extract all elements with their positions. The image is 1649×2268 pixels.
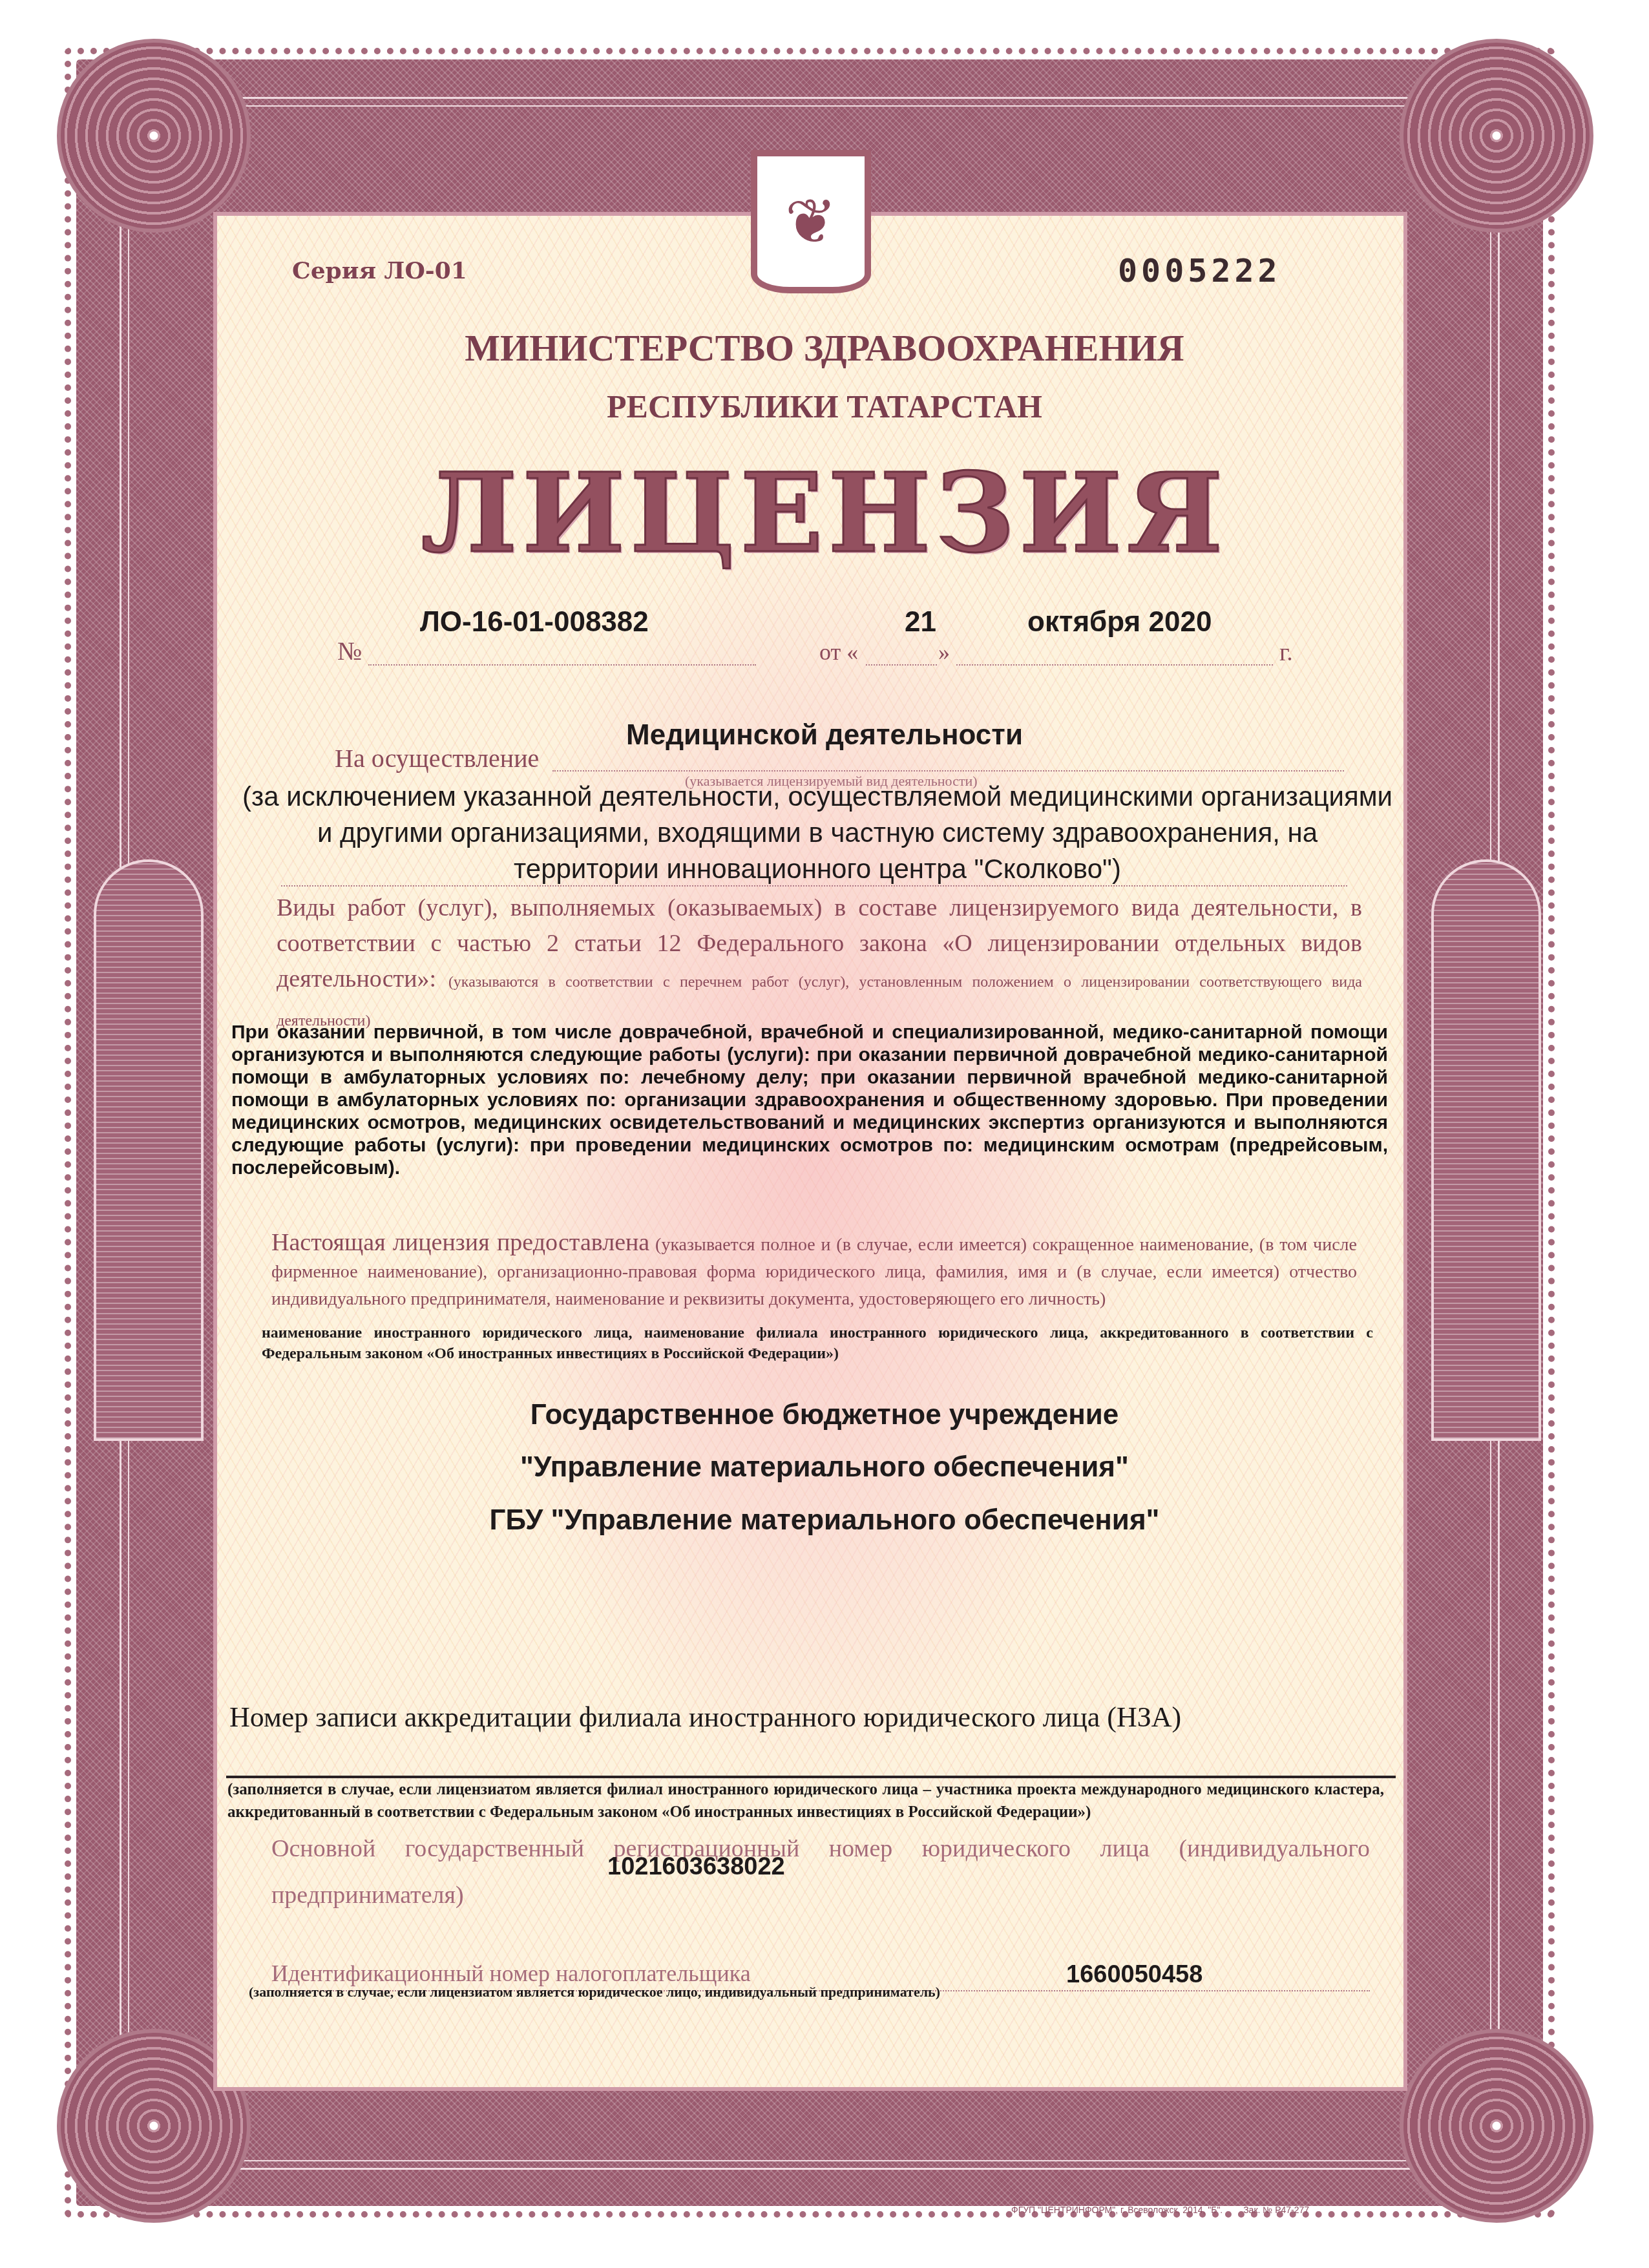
number-underline [368, 664, 756, 666]
activity-extension-line: (за исключением указанной деятельности, … [229, 779, 1405, 815]
license-number: ЛО-16-01-008382 [420, 606, 649, 638]
license-day: 21 [905, 606, 936, 638]
licensee-org-short-name: ГБУ "Управление материального обеспечени… [0, 1504, 1649, 1537]
licensee-label-text: Настоящая лицензия предоставлена [271, 1229, 649, 1256]
works-list: При оказании первичной, в том числе довр… [231, 1021, 1388, 1179]
series-label: Серия ЛО-01 [292, 257, 467, 284]
date-from-label: от « [819, 638, 858, 666]
inn-label: Идентификационный номер налогоплательщик… [271, 1960, 751, 1987]
activity-label: На осуществление [335, 743, 539, 773]
printer-imprint: ФГУП "ЦЕНТРИНФОРМ", г. Всеволожск, 2014,… [1011, 2205, 1309, 2215]
ogrn-label: Основной государственный регистрационный… [271, 1825, 1370, 1918]
document-title: ЛИЦЕНЗИЯ [0, 449, 1649, 577]
printer-order-number: Зак. № Р47-277 [1243, 2205, 1309, 2215]
licensee-org-type: Государственное бюджетное учреждение [0, 1399, 1649, 1431]
inn-value: 1660050458 [1066, 1961, 1203, 1989]
activity-underline-2 [281, 885, 1347, 887]
number-sign: № [337, 636, 362, 666]
rosette-icon [1400, 39, 1593, 233]
date-close-quote: » [938, 638, 950, 666]
nza-label: Номер записи аккредитации филиала иностр… [229, 1701, 1181, 1734]
ogrn-value: 1021603638022 [607, 1853, 785, 1881]
left-ornament-panel [94, 859, 204, 1441]
nza-note: (заполняется в случае, если лицензиатом … [227, 1778, 1384, 1823]
activity-extension-line: и другими организациями, входящими в час… [229, 815, 1405, 851]
activity-extension: (за исключением указанной деятельности, … [229, 779, 1405, 887]
day-underline [866, 664, 937, 666]
rosette-icon [1400, 2029, 1593, 2223]
coat-of-arms-icon: ❦ [751, 150, 871, 293]
activity-underline [552, 770, 1344, 772]
licensee-label: Настоящая лицензия предоставлена (указыв… [271, 1229, 1357, 1313]
printer-name: ФГУП "ЦЕНТРИНФОРМ", г. Всеволожск, 2014,… [1011, 2205, 1223, 2215]
licensed-activity: Медицинской деятельности [0, 719, 1649, 751]
year-suffix: г. [1279, 638, 1293, 667]
license-month-year: октября 2020 [1027, 606, 1212, 638]
licensee-org-name: "Управление материального обеспечения" [0, 1451, 1649, 1484]
blank-serial-number: 0005222 [1118, 252, 1281, 289]
activity-extension-line: территории инновационного центра "Сколко… [229, 851, 1405, 887]
month-underline [956, 664, 1273, 666]
licensee-note: наименование иностранного юридического л… [262, 1323, 1373, 1364]
eagle-icon: ❦ [785, 191, 837, 253]
inn-note: (заполняется в случае, если лицензиатом … [249, 1984, 940, 2000]
works-label: Виды работ (услуг), выполняемых (оказыва… [277, 890, 1362, 1039]
ministry-name: МИНИСТЕРСТВО ЗДРАВООХРАНЕНИЯ [0, 326, 1649, 370]
ministry-region: РЕСПУБЛИКИ ТАТАРСТАН [0, 388, 1649, 425]
right-ornament-panel [1431, 859, 1541, 1441]
rosette-icon [57, 39, 251, 233]
